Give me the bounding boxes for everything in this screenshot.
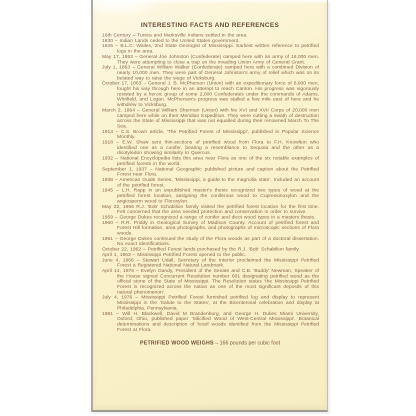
fact-entry: March 2, 1864 – General William Sherman … — [102, 108, 319, 129]
pamphlet-page: INTERESTING FACTS AND REFERENCES 16th Ce… — [91, 0, 328, 412]
fact-entry: 1918 – E.W. Shaw sent thin-sections of p… — [102, 140, 319, 156]
page-content: INTERESTING FACTS AND REFERENCES 16th Ce… — [93, 0, 327, 346]
fact-entry: June 4, 1966 – Stewart Udall, Secretary … — [102, 258, 319, 269]
fact-entry: 1960 – R.R. Priddy in Geological Survey … — [102, 220, 319, 236]
fact-entry: October 17, 1863 – General J. B. McPhers… — [102, 81, 319, 108]
page-title: INTERESTING FACTS AND REFERENCES — [93, 21, 327, 29]
fact-entry: 1938 – American Guide Series, 'Mississip… — [102, 177, 319, 188]
fact-entry: 1961 – George Dukes continued the study … — [102, 236, 319, 247]
fact-entry: 1913 – C.S. Brown article, 'The Petrifie… — [102, 129, 319, 140]
fact-entry: July 4, 1976 – Mississippi Petrified For… — [102, 295, 319, 311]
weight-note-label: PETRIFIED WOOD WEIGHS — [140, 340, 214, 346]
fact-entry: 1981 – Will H. Blackwell, David M Brande… — [102, 311, 319, 332]
scan-background: INTERESTING FACTS AND REFERENCES 16th Ce… — [0, 0, 416, 416]
fact-entry: 1845 – B.L.C. Wailes, 2nd State Geologis… — [102, 44, 319, 55]
fact-entry: 1932 – National Encyclopedia lists this … — [102, 156, 319, 167]
fact-entry: July 1, 1863 – General William Walker (C… — [102, 65, 319, 81]
fact-entry: May 17, 1863 – General Joe Johnston (Con… — [102, 54, 319, 65]
facts-list: 16th Century – Tunica and Marksville Ind… — [93, 33, 327, 333]
fact-entry: April 14, 1976 – Evelyn Gandy, President… — [102, 268, 319, 295]
fact-entry: September 1, 1937 – National Geographic … — [102, 167, 319, 178]
fact-entry: May 22, 1955 R.J. 'Bob' Schabilion famil… — [102, 204, 319, 215]
weight-note: PETRIFIED WOOD WEIGHS – 166 pounds per c… — [93, 340, 327, 346]
fact-entry: 1945 – L.H. Rapp in an unpublished maste… — [102, 188, 319, 204]
weight-note-value: – 166 pounds per cubic foot — [214, 340, 280, 346]
